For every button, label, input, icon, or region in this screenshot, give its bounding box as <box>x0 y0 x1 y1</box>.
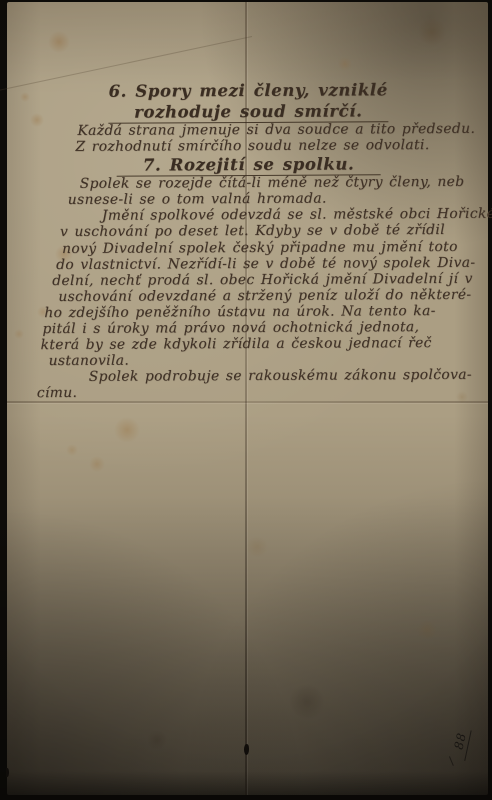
manuscript-line: Z rozhodnutí smírčího soudu nelze se odv… <box>29 137 467 155</box>
underline-stroke: rozhoduje soud smírčí. <box>108 101 388 123</box>
manuscript-heading-line: rozhoduje soud smírčí. <box>29 100 467 123</box>
manuscript-heading-line: 7. Rozejití se spolku. <box>30 153 468 176</box>
manuscript-line: v uschování po deset let. Kdyby se v dob… <box>30 222 468 240</box>
paper-hole <box>244 744 249 755</box>
manuscript-line: do vlastnictví. Nezřídí-li se v době té … <box>30 255 468 273</box>
manuscript-heading-line: 6. Spory mezi členy, vzniklé <box>29 79 467 102</box>
manuscript-line: nový Divadelní spolek český připadne mu … <box>30 238 468 256</box>
document-photo: 6. Spory mezi členy, vzniklérozhoduje so… <box>0 0 492 800</box>
manuscript-line: Spolek se rozejde čítá-li méně než čtyry… <box>30 174 468 192</box>
edge-tear <box>6 768 9 777</box>
manuscript-text: 6. Spory mezi členy, vzniklérozhoduje so… <box>29 79 469 402</box>
manuscript-line: címu. <box>31 383 469 401</box>
manuscript-line: Spolek podrobuje se rakouskému zákonu sp… <box>31 367 469 385</box>
underline-stroke: 7. Rozejití se spolku. <box>117 154 381 176</box>
manuscript-line: která by se zde kdykoli zřídila a českou… <box>31 335 469 353</box>
